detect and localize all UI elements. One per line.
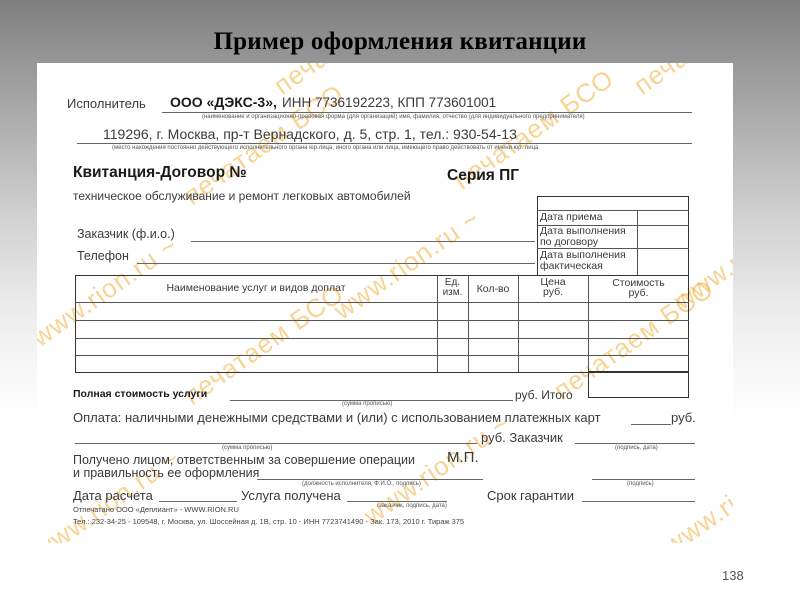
table-cell[interactable] [76, 321, 437, 338]
address-hint: (место нахождения постоянно действующего… [112, 145, 538, 151]
table-cell[interactable] [438, 321, 468, 338]
total-cost-label: Полная стоимость услуги [73, 388, 207, 400]
warranty-line[interactable] [582, 501, 695, 502]
responsible-hint: (должность исполнителя, Ф.И.О., подпись) [302, 481, 421, 487]
table-cell[interactable] [438, 303, 468, 320]
signature-hint: (подпись) [627, 481, 654, 487]
responsible-line[interactable] [257, 479, 483, 480]
sum-in-words-hint: (сумма прописью) [342, 401, 392, 407]
table-cell[interactable] [589, 339, 688, 355]
date-actual-label-2: фактическая [540, 261, 603, 272]
table-cell[interactable] [519, 303, 588, 320]
table-cell[interactable] [469, 356, 518, 372]
phone-label: Телефон [77, 249, 129, 263]
watermark-url: www.rion.ru ~ [358, 408, 516, 532]
column-header-qty: Кол-во [468, 284, 518, 294]
payment-text: Оплата: наличными денежными средствами и… [73, 410, 601, 425]
table-cell[interactable] [469, 339, 518, 355]
stamp-label: М.П. [447, 449, 479, 466]
column-header-price: Цена руб. [518, 277, 588, 297]
table-cell[interactable] [76, 339, 437, 355]
warranty-label: Срок гарантии [487, 488, 574, 503]
signature-date-hint: (подпись, дата) [615, 445, 658, 451]
payment-date-label: Дата расчета [73, 488, 153, 503]
service-received-line[interactable] [347, 501, 447, 502]
column-header-price-line2: руб. [518, 287, 588, 297]
date-received-field[interactable] [638, 211, 688, 225]
column-header-cost-line2: руб. [588, 288, 689, 298]
sum-in-words-hint-2: (сумма прописью) [222, 445, 272, 451]
payment-date-line[interactable] [159, 501, 237, 502]
date-planned-field[interactable] [638, 226, 688, 248]
total-box[interactable] [588, 371, 689, 398]
slide-title: Пример оформления квитанции [0, 28, 800, 56]
executor-ids: ИНН 7736192223, КПП 773601001 [282, 95, 496, 110]
service-type: техническое обслуживание и ремонт легков… [73, 189, 411, 203]
table-cell[interactable] [589, 303, 688, 320]
table-cell[interactable] [438, 339, 468, 355]
printed-by: Отпечатано ООО «Деплиант» - WWW.RION.RU [73, 505, 239, 514]
address-line [77, 143, 692, 144]
executor-name: ООО «ДЭКС-3», [170, 94, 277, 110]
table-cell[interactable] [589, 356, 688, 372]
card-amount-line[interactable] [631, 424, 671, 425]
responsible-label-2: и правильность ее оформления [73, 466, 259, 480]
date-actual-field[interactable] [638, 249, 688, 275]
date-received-label: Дата приема [540, 212, 602, 223]
column-header-cost: Стоимость руб. [588, 278, 689, 298]
rub-customer-label: руб. Заказчик [481, 430, 563, 445]
table-cell[interactable] [469, 321, 518, 338]
table-cell[interactable] [438, 356, 468, 372]
customer-input-line[interactable] [191, 241, 535, 242]
watermark-slogan: печатаем БСО [628, 63, 733, 101]
service-received-label: Услуга получена [241, 488, 341, 503]
printer-details: Тел.: 232-34-25 - 109548, г. Москва, ул.… [73, 517, 464, 526]
column-header-unit: Ед. изм. [437, 278, 468, 298]
column-header-service: Наименование услуг и видов доплат [75, 283, 437, 293]
receipt-form: www.rion.ru ~ печатаем БСО www.rion.ru ~… [37, 63, 733, 543]
date-planned-label-2: по договору [540, 237, 598, 248]
page-number: 138 [722, 568, 744, 583]
executor-label: Исполнитель [67, 96, 146, 111]
rub-total-label: руб. Итого [515, 388, 573, 402]
table-cell[interactable] [76, 356, 437, 372]
customer-sign-hint: (заказчик, подпись, дата) [377, 503, 447, 509]
table-cell[interactable] [76, 303, 437, 320]
payment-rub-label: руб. [671, 410, 696, 425]
table-cell[interactable] [519, 356, 588, 372]
table-cell[interactable] [519, 321, 588, 338]
table-cell[interactable] [519, 339, 588, 355]
table-cell[interactable] [469, 303, 518, 320]
payment-in-words-line[interactable] [75, 443, 477, 444]
executor-line [162, 112, 692, 113]
customer-signature-line[interactable] [575, 443, 695, 444]
executor-hint: (наименование и организационно-правовая … [202, 114, 585, 120]
receipt-title: Квитанция-Договор № [73, 164, 247, 182]
table-cell[interactable] [589, 321, 688, 338]
phone-input-line[interactable] [137, 263, 535, 264]
column-header-unit-line2: изм. [437, 288, 468, 298]
responsible-signature-line[interactable] [592, 479, 695, 480]
series-label: Серия ПГ [447, 167, 519, 185]
watermark-url: www.rion.ru ~ [658, 438, 733, 543]
responsible-label-1: Получено лицом, ответственным за соверше… [73, 453, 415, 467]
address-value: 119296, г. Москва, пр-т Вернадского, д. … [103, 126, 517, 142]
customer-label: Заказчик (ф.и.о.) [77, 227, 175, 241]
